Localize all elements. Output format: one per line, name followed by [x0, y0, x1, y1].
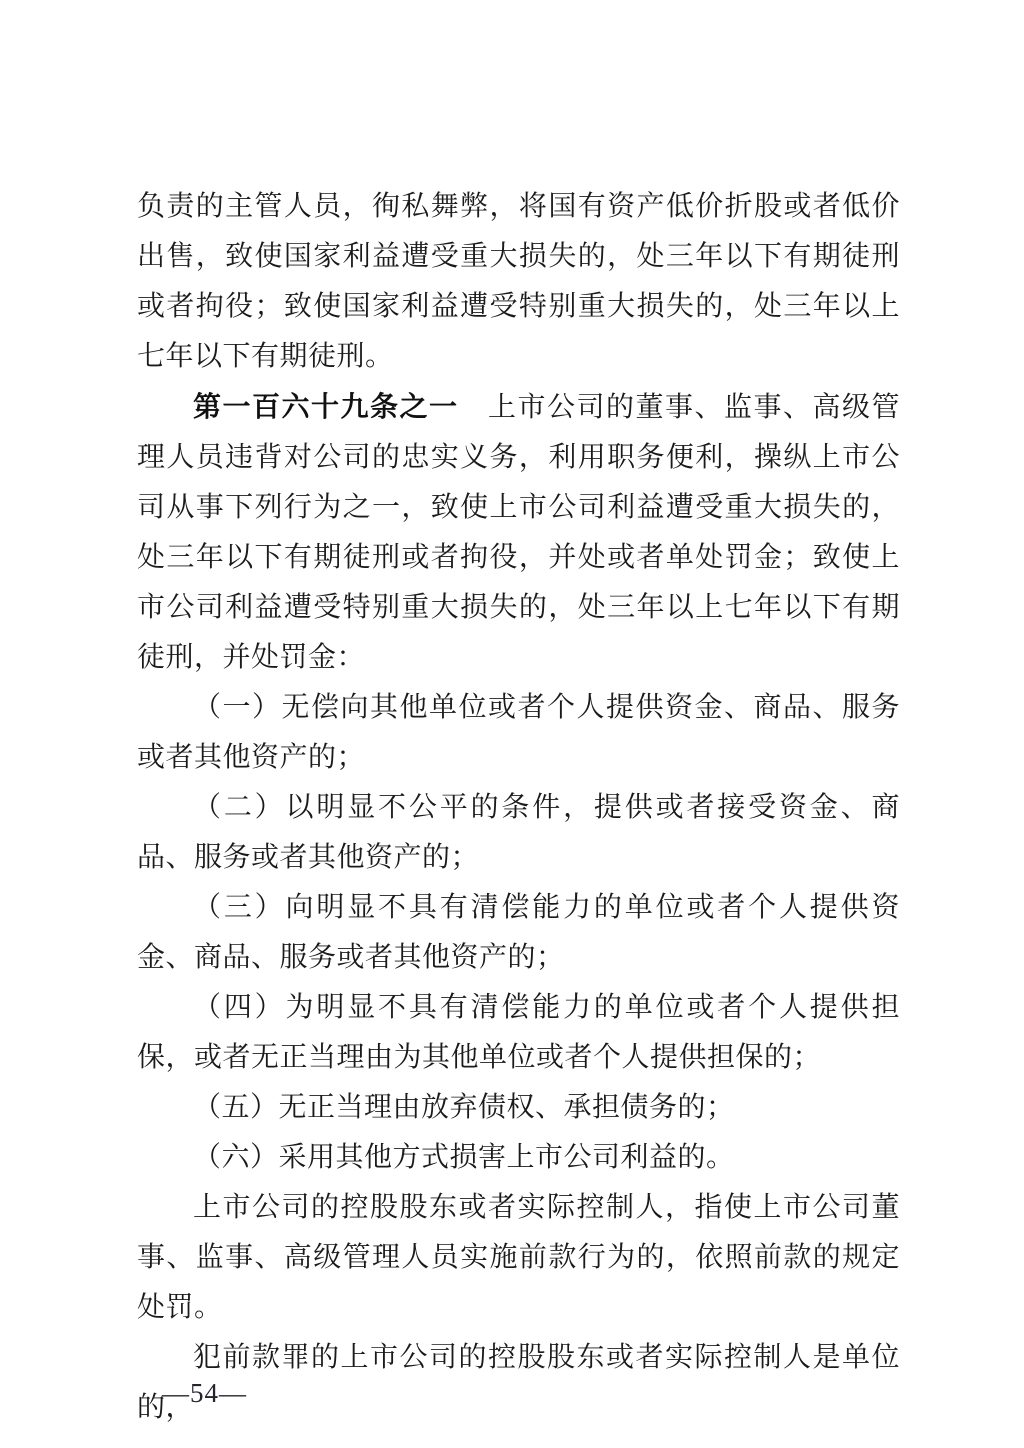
paragraph-text: 上市公司的董事、监事、高级管理人员违背对公司的忠实义务，利用职务便利，操纵上市公…	[137, 392, 900, 673]
list-item-1: （一）无偿向其他单位或者个人提供资金、商品、服务或者其他资产的；	[137, 683, 900, 783]
list-item-2: （二）以明显不公平的条件，提供或者接受资金、商品、服务或者其他资产的；	[137, 783, 900, 883]
article-number: 第一百六十九条之一	[193, 391, 459, 422]
paragraph: 上市公司的控股股东或者实际控制人，指使上市公司董事、监事、高级管理人员实施前款行…	[137, 1183, 900, 1333]
document-page: 负责的主管人员，徇私舞弊，将国有资产低价折股或者低价出售，致使国家利益遭受重大损…	[0, 0, 1024, 1448]
paragraph-article-169-1: 第一百六十九条之一 上市公司的董事、监事、高级管理人员违背对公司的忠实义务，利用…	[137, 382, 900, 683]
paragraph: 犯前款罪的上市公司的控股股东或者实际控制人是单位的，	[137, 1333, 900, 1433]
list-item-3: （三）向明显不具有清偿能力的单位或者个人提供资金、商品、服务或者其他资产的；	[137, 883, 900, 983]
list-item-6: （六）采用其他方式损害上市公司利益的。	[137, 1133, 900, 1183]
text-block: 负责的主管人员，徇私舞弊，将国有资产低价折股或者低价出售，致使国家利益遭受重大损…	[137, 182, 900, 1433]
list-item-5: （五）无正当理由放弃债权、承担债务的；	[137, 1083, 900, 1133]
list-item-4: （四）为明显不具有清偿能力的单位或者个人提供担保，或者无正当理由为其他单位或者个…	[137, 983, 900, 1083]
paragraph: 负责的主管人员，徇私舞弊，将国有资产低价折股或者低价出售，致使国家利益遭受重大损…	[137, 182, 900, 382]
page-number: —54—	[162, 1376, 247, 1410]
